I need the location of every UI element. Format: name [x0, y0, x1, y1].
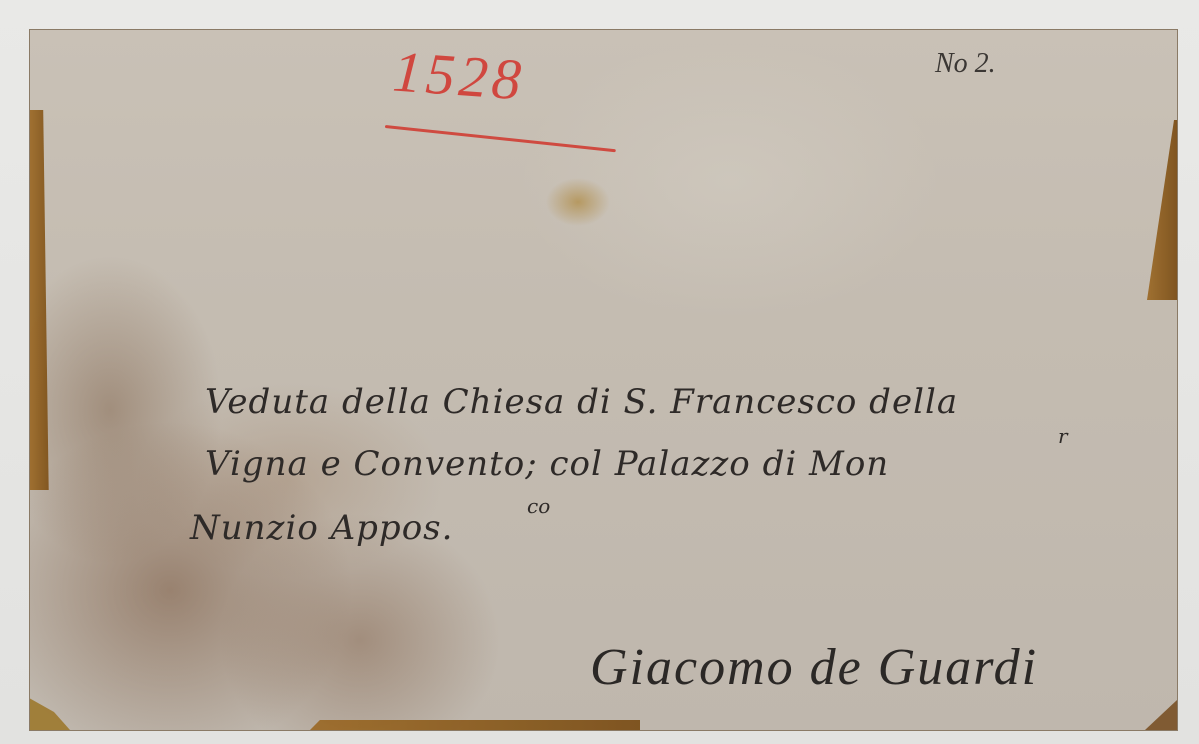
red-pencil-number: 1528: [391, 37, 527, 113]
inscription-line-3: Nunzio Appos.: [190, 508, 453, 548]
inscription-line-2: Vigna e Convento; col Palazzo di Mon: [205, 444, 889, 484]
signature: Giacomo de Guardi: [590, 638, 1038, 697]
tape-corner-bottom-left: [30, 685, 70, 730]
inscription-superscript-co: co: [527, 494, 550, 518]
tape-corner-bottom-right: [1145, 700, 1177, 730]
tape-strip-right: [1147, 120, 1177, 300]
inscription-line-1: Veduta della Chiesa di S. Francesco dell…: [205, 382, 958, 422]
tape-strip-left: [30, 110, 52, 490]
inscription-superscript-r: r: [1058, 424, 1068, 448]
red-pencil-underline: [385, 125, 616, 152]
paper-sheet: 1528 No 2. Veduta della Chiesa di S. Fra…: [30, 30, 1177, 730]
tape-strip-bottom: [310, 720, 640, 730]
inventory-number: No 2.: [935, 48, 996, 80]
